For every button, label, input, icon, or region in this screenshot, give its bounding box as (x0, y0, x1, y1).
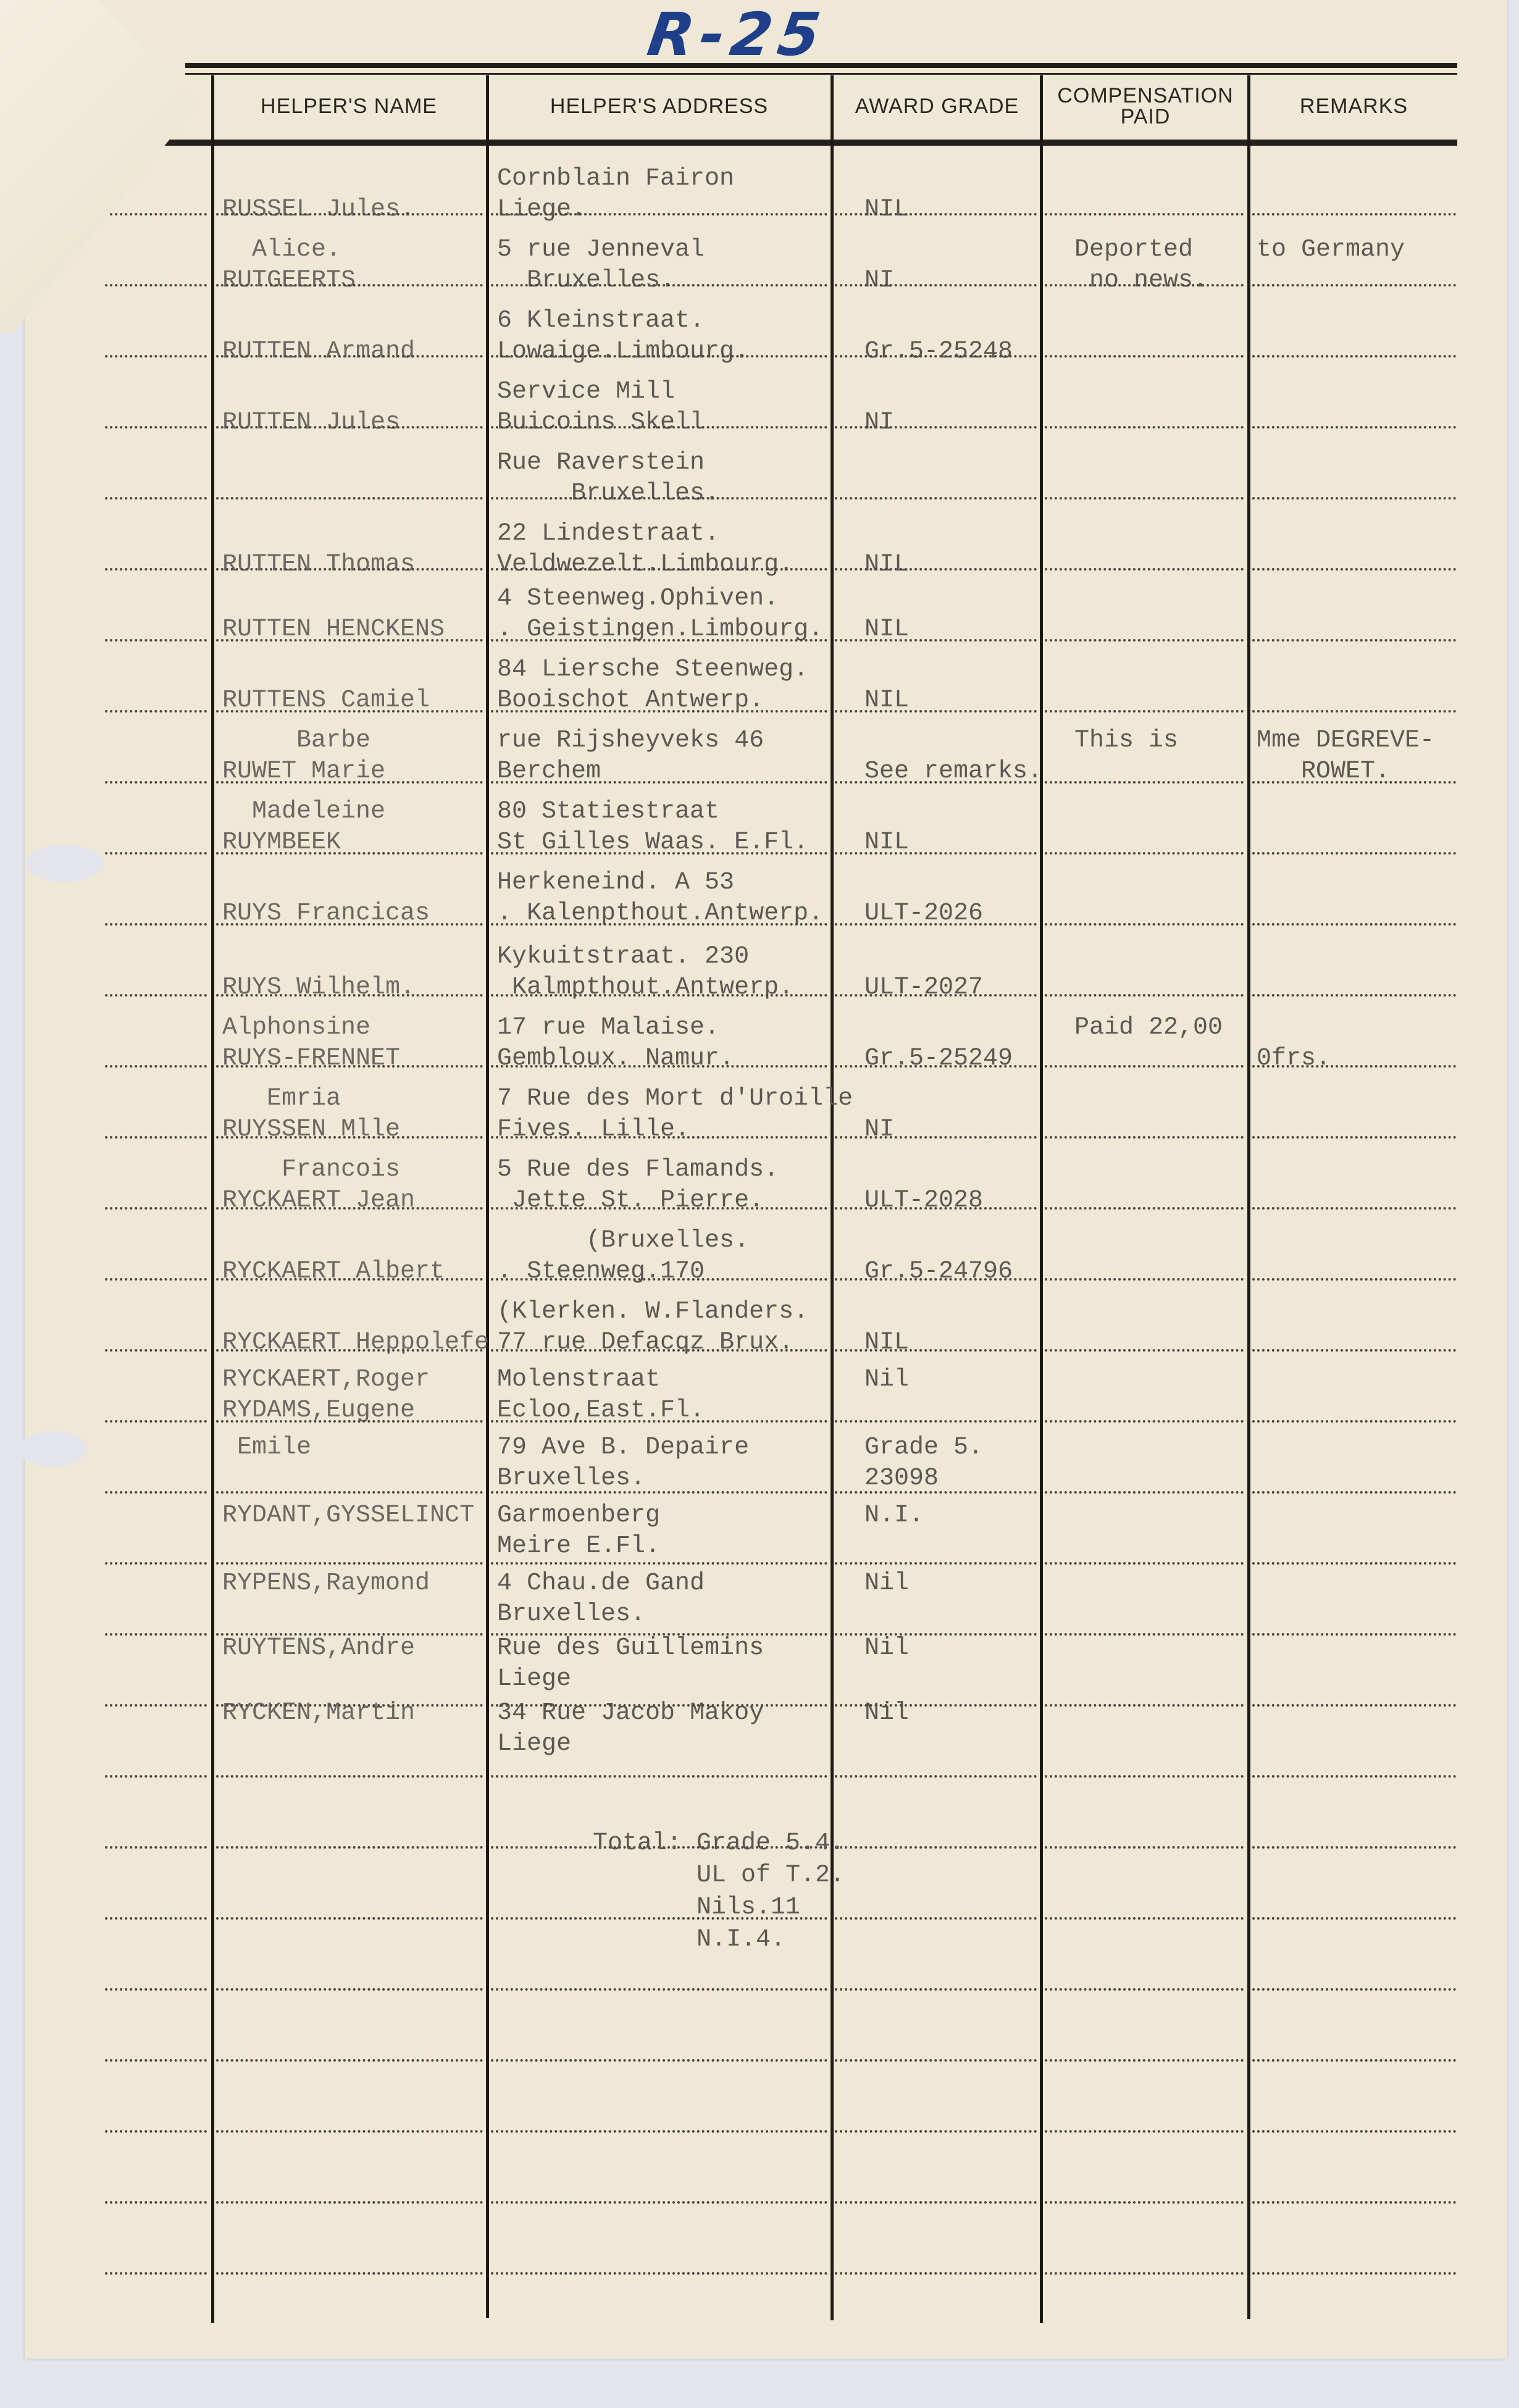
row-rule-dotted (1045, 1207, 1244, 1210)
award-grade-line-2: NI (864, 265, 894, 296)
header-rule-thick (185, 63, 1457, 68)
row-rule-dotted (1252, 497, 1456, 500)
row-rule-dotted (1252, 994, 1456, 997)
row-rule-dotted (491, 355, 827, 357)
row-rule-dotted (1045, 1775, 1244, 1778)
row-rule-dotted (105, 1562, 207, 1565)
row-rule-dotted (491, 2130, 827, 2133)
helper-address-line-1: 17 rue Malaise. (497, 1013, 719, 1043)
helper-address-line-2: Bruxelles. (497, 1599, 645, 1630)
row-rule-dotted (1252, 2201, 1456, 2204)
row-rule-dotted (491, 2272, 827, 2275)
row-rule-dotted (105, 1136, 207, 1139)
row-rule-dotted (216, 994, 483, 997)
row-rule-dotted (1045, 1562, 1244, 1565)
row-rule-dotted (216, 1704, 483, 1707)
row-rule-dotted (105, 2201, 207, 2204)
award-grade-line-1: Nil (864, 1698, 909, 1729)
row-rule-dotted (1252, 213, 1456, 215)
row-rule-dotted (835, 994, 1037, 997)
row-rule-dotted (105, 1491, 207, 1494)
row-rule-dotted (491, 2201, 827, 2204)
helper-address-line-1: Service Mill (497, 377, 675, 408)
row-rule-dotted (1252, 1704, 1456, 1707)
row-rule-dotted (491, 426, 827, 429)
punch-hole-bottom (19, 1431, 86, 1467)
remarks-line-1: Mme DEGREVE- (1257, 725, 1434, 756)
row-rule-dotted (1252, 1491, 1456, 1494)
row-rule-dotted (835, 1775, 1037, 1778)
award-grade-line-1: Nil (864, 1568, 909, 1599)
punch-hole-top (26, 845, 103, 882)
helper-name-line-1: RYCKAERT,Roger (222, 1365, 430, 1395)
row-rule-dotted (1045, 2130, 1244, 2133)
helper-address-line-1: Kykuitstraat. 230 (497, 942, 749, 972)
award-grade-line-2: Gr.5-25249 (864, 1043, 1013, 1074)
row-rule-dotted (491, 1065, 827, 1068)
helper-address-line-2: Kalmpthout.Antwerp. (497, 972, 793, 1003)
award-grade-line-2: NI (864, 1114, 894, 1145)
helper-address-line-1: 4 Steenweg.Ophiven. (497, 583, 779, 614)
row-rule-dotted (835, 2272, 1037, 2275)
row-rule-dotted (491, 1562, 827, 1565)
row-rule-dotted (1045, 355, 1244, 357)
col-header-remarks: REMARKS (1250, 74, 1457, 138)
row-rule-dotted (105, 1917, 207, 1920)
helper-address-line-1: Rue Raverstein (497, 448, 705, 479)
col-header-compensation-paid: COMPENSATION PAID (1044, 74, 1247, 138)
row-rule-dotted (1252, 923, 1456, 926)
helper-address-line-1: 4 Chau.de Gand (497, 1568, 705, 1599)
helper-name-line-2: RYCKAERT Jean (222, 1185, 415, 1216)
remarks-line-1: to Germany (1257, 235, 1405, 265)
helper-address-line-1: 80 Statiestraat (497, 796, 719, 827)
row-rule-dotted (1045, 710, 1244, 713)
column-divider (831, 75, 834, 2320)
row-rule-dotted (835, 1065, 1037, 1068)
helper-name-line-2: RUSSEL Jules. (222, 194, 415, 225)
column-divider (486, 75, 489, 2318)
row-rule-dotted (1045, 1846, 1244, 1849)
row-rule-dotted (105, 710, 207, 713)
totals-ult: UL of T.2. (593, 1860, 845, 1892)
row-rule-dotted (216, 355, 483, 357)
award-grade-line-1: Nil (864, 1633, 909, 1664)
helper-address-line-1: Cornblain Fairon (497, 164, 734, 194)
row-rule-dotted (216, 923, 483, 926)
row-rule-dotted (1252, 426, 1456, 429)
helper-address-line-1: Herkeneind. A 53 (497, 867, 734, 898)
compensation-paid: This is (1074, 725, 1178, 756)
row-rule-dotted (835, 1420, 1037, 1423)
row-rule-dotted (835, 1136, 1037, 1139)
helper-name-line-1: Alice. (222, 235, 341, 265)
helper-address-line-2: 77 rue Defacqz Brux. (497, 1327, 793, 1358)
row-rule-dotted (216, 1349, 483, 1352)
row-rule-dotted (1045, 923, 1244, 926)
row-rule-dotted (1252, 1846, 1456, 1849)
helper-address-line-1: rue Rijsheyveks 46 (497, 725, 764, 756)
row-rule-dotted (835, 781, 1037, 784)
row-rule-dotted (491, 852, 827, 855)
row-rule-dotted (216, 1207, 483, 1210)
row-rule-dotted (216, 1775, 483, 1778)
row-rule-dotted (1252, 1349, 1456, 1352)
helper-name-line-2: RYCKAERT Heppolefe (222, 1327, 489, 1358)
row-rule-dotted (216, 1988, 483, 1991)
helper-address-line-2: Bruxelles. (497, 479, 719, 509)
row-rule-dotted (105, 639, 207, 642)
row-rule-dotted (105, 497, 207, 500)
row-rule-dotted (216, 2201, 483, 2204)
row-rule-dotted (105, 1207, 207, 1210)
row-rule-dotted (216, 1846, 483, 1849)
row-rule-dotted (1252, 568, 1456, 571)
row-rule-dotted (1045, 1136, 1244, 1139)
column-divider (1040, 75, 1043, 2323)
row-rule-dotted (1252, 1562, 1456, 1565)
row-rule-dotted (1045, 639, 1244, 642)
row-rule-dotted (491, 781, 827, 784)
row-rule-dotted (105, 781, 207, 784)
helper-name-line-1: Emile (222, 1432, 311, 1463)
row-rule-dotted (105, 284, 207, 286)
row-rule-dotted (105, 1846, 207, 1849)
row-rule-dotted (491, 1420, 827, 1423)
helper-address-line-1: (Klerken. W.Flanders. (497, 1297, 808, 1327)
row-rule-dotted (835, 1349, 1037, 1352)
award-grade-line-2: NI (864, 408, 894, 438)
helper-name-line-1: Madeleine (222, 796, 385, 827)
row-rule-dotted (216, 1420, 483, 1423)
award-grade-line-1: Nil (864, 1365, 909, 1395)
row-rule-dotted (1252, 355, 1456, 357)
helper-address-line-1: 6 Kleinstraat. (497, 306, 705, 337)
row-rule-dotted (491, 1207, 827, 1210)
col-header-helper-name: HELPER'S NAME (213, 74, 485, 138)
helper-address-line-2: Liege (497, 1729, 571, 1760)
row-rule-dotted (491, 568, 827, 571)
helper-address-line-1: 5 Rue des Flamands. (497, 1155, 779, 1185)
row-rule-dotted (835, 2201, 1037, 2204)
row-rule-dotted (491, 284, 827, 286)
row-rule-dotted (216, 781, 483, 784)
row-rule-dotted (1045, 994, 1244, 997)
helper-name-line-1: Alphonsine (222, 1013, 370, 1043)
row-rule-dotted (105, 1349, 207, 1352)
row-rule-dotted (835, 1846, 1037, 1849)
helper-name-line-2: RYCKAERT Albert (222, 1256, 445, 1287)
helper-name-line-1: Barbe (222, 725, 370, 756)
helper-address-line-1: Rue des Guillemins (497, 1633, 764, 1664)
row-rule-dotted (1045, 1988, 1244, 1991)
totals-ni: N.I.4. (593, 1924, 785, 1956)
row-rule-dotted (1045, 1349, 1244, 1352)
totals-nils: Nils.11 (593, 1892, 800, 1924)
row-rule-dotted (216, 1136, 483, 1139)
row-rule-dotted (1045, 213, 1244, 215)
row-rule-dotted (491, 1278, 827, 1281)
row-rule-dotted (1252, 1207, 1456, 1210)
row-rule-dotted (216, 1562, 483, 1565)
row-rule-dotted (1252, 1775, 1456, 1778)
row-rule-dotted (1045, 1065, 1244, 1068)
row-rule-dotted (105, 1420, 207, 1423)
award-grade-line-2: ULT-2028 (864, 1185, 983, 1216)
row-rule-dotted (491, 1988, 827, 1991)
row-rule-dotted (1252, 1278, 1456, 1281)
row-rule-dotted (1045, 1917, 1244, 1920)
helper-address-line-1: Molenstraat (497, 1365, 660, 1395)
row-rule-dotted (1045, 1278, 1244, 1281)
row-rule-dotted (491, 1349, 827, 1352)
helper-address-line-2: Meire E.Fl. (497, 1531, 660, 1562)
row-rule-dotted (216, 852, 483, 855)
row-rule-dotted (216, 284, 483, 286)
row-rule-dotted (1252, 1917, 1456, 1920)
row-rule-dotted (1045, 284, 1244, 286)
row-rule-dotted (835, 568, 1037, 571)
award-grade-line-2: ULT-2027 (864, 972, 983, 1003)
row-rule-dotted (835, 2130, 1037, 2133)
row-rule-dotted (105, 2272, 207, 2275)
row-rule-dotted (1252, 2272, 1456, 2275)
helper-name-line-2: RUTTEN Thomas (222, 550, 415, 580)
helper-address-line-2: Liege (497, 1664, 571, 1695)
row-rule-dotted (216, 2059, 483, 2062)
row-rule-dotted (1045, 568, 1244, 571)
helper-address-line-1: 22 Lindestraat. (497, 519, 719, 550)
helper-address-line-2: Lowaige.Limbourg. (497, 337, 749, 367)
helper-address-line-2: Jette St. Pierre. (497, 1185, 764, 1216)
helper-address-line-1: (Bruxelles. (497, 1226, 749, 1256)
helper-address-line-2: Liege. (497, 194, 586, 225)
award-grade-line-2: Gr.5-25248 (864, 337, 1013, 367)
row-rule-dotted (835, 1633, 1037, 1636)
row-rule-dotted (1252, 1988, 1456, 1991)
row-rule-dotted (835, 497, 1037, 500)
row-rule-dotted (105, 213, 207, 215)
row-rule-dotted (1252, 1136, 1456, 1139)
row-rule-dotted (1045, 781, 1244, 784)
column-divider (211, 75, 214, 2323)
col-header-award-grade: AWARD GRADE (834, 74, 1040, 138)
row-rule-dotted (835, 426, 1037, 429)
award-grade-line-2: NIL (864, 1327, 909, 1358)
row-rule-dotted (105, 1775, 207, 1778)
helper-name-line-1: RYCKEN,Martin (222, 1698, 415, 1729)
row-rule-dotted (491, 1491, 827, 1494)
row-rule-dotted (835, 710, 1037, 713)
helper-address-line-2: Fives. Lille. (497, 1114, 690, 1145)
row-rule-dotted (216, 1065, 483, 1068)
row-rule-dotted (105, 355, 207, 357)
helper-name-line-2: RUYS Wilhelm. (222, 972, 415, 1003)
row-rule-dotted (835, 639, 1037, 642)
helper-name-line-1: RUYTENS,Andre (222, 1633, 415, 1664)
row-rule-dotted (216, 1278, 483, 1281)
row-rule-dotted (491, 1704, 827, 1707)
helper-name-line-2: RUTTEN Armand (222, 337, 415, 367)
row-rule-dotted (835, 1207, 1037, 1210)
row-rule-dotted (105, 2059, 207, 2062)
helper-name-line-2: RUTTEN Jules (222, 408, 400, 438)
helper-address-line-1: 7 Rue des Mort d'Uroille (497, 1084, 853, 1114)
row-rule-dotted (491, 497, 827, 500)
row-rule-dotted (216, 497, 483, 500)
helper-name-line-2: RUYS-FRENNET (222, 1043, 400, 1074)
row-rule-dotted (491, 639, 827, 642)
helper-address-line-1: 79 Ave B. Depaire (497, 1432, 749, 1463)
row-rule-dotted (1045, 1633, 1244, 1636)
handwritten-reference: R-25 (643, 0, 831, 69)
row-rule-dotted (491, 2059, 827, 2062)
award-grade-line-1: Grade 5. (864, 1432, 983, 1463)
row-rule-dotted (1252, 852, 1456, 855)
row-rule-dotted (1045, 2201, 1244, 2204)
row-rule-dotted (491, 994, 827, 997)
row-rule-dotted (216, 426, 483, 429)
compensation-paid: Paid 22,00 (1074, 1013, 1223, 1043)
row-rule-dotted (1045, 2059, 1244, 2062)
award-grade-line-2: NIL (864, 550, 909, 580)
column-divider (1247, 75, 1250, 2319)
row-rule-dotted (835, 355, 1037, 357)
helper-address-line-2: Gembloux. Namur. (497, 1043, 734, 1074)
helper-address-line-1: 5 rue Jenneval (497, 235, 705, 265)
row-rule-dotted (1045, 497, 1244, 500)
row-rule-dotted (105, 568, 207, 571)
row-rule-dotted (835, 1278, 1037, 1281)
award-grade-line-2: Gr.5-24796 (864, 1256, 1013, 1287)
row-rule-dotted (216, 2272, 483, 2275)
row-rule-dotted (835, 213, 1037, 215)
row-rule-dotted (105, 1704, 207, 1707)
helper-name-line-2: RUTGEERTS (222, 265, 356, 296)
row-rule-dotted (216, 568, 483, 571)
helper-name-line-1: RYPENS,Raymond (222, 1568, 430, 1599)
row-rule-dotted (491, 1775, 827, 1778)
row-rule-dotted (1045, 1491, 1244, 1494)
row-rule-dotted (491, 710, 827, 713)
helper-name-line-2: RUYSSEN Mlle (222, 1114, 400, 1145)
totals-grade: Total: Grade 5.4. (593, 1828, 845, 1860)
row-rule-dotted (835, 2059, 1037, 2062)
row-rule-dotted (1045, 2272, 1244, 2275)
helper-address-line-2: Buicoins Skell (497, 408, 705, 438)
row-rule-dotted (105, 852, 207, 855)
row-rule-dotted (216, 639, 483, 642)
helper-address-line-1: 34 Rue Jacob Makoy (497, 1698, 764, 1729)
row-rule-dotted (491, 923, 827, 926)
row-rule-dotted (105, 1278, 207, 1281)
row-rule-dotted (216, 710, 483, 713)
row-rule-dotted (835, 284, 1037, 286)
helper-address-line-2: Bruxelles. (497, 265, 675, 296)
row-rule-dotted (105, 2130, 207, 2133)
remarks-line-2: 0frs. (1257, 1043, 1331, 1074)
row-rule-dotted (105, 426, 207, 429)
row-rule-dotted (216, 1917, 483, 1920)
row-rule-dotted (491, 1136, 827, 1139)
header-rule-bottom (130, 140, 1457, 146)
row-rule-dotted (1252, 639, 1456, 642)
compensation-paid: Deported no news. (1074, 235, 1208, 296)
helper-address-line-1: 84 Liersche Steenweg. (497, 654, 808, 685)
row-rule-dotted (1252, 710, 1456, 713)
row-rule-dotted (216, 2130, 483, 2133)
row-rule-dotted (216, 1491, 483, 1494)
row-rule-dotted (1252, 1065, 1456, 1068)
award-grade-line-1: N.I. (864, 1500, 924, 1531)
row-rule-dotted (1045, 426, 1244, 429)
col-header-helper-address: HELPER'S ADDRESS (488, 74, 831, 138)
helper-address-line-1: Garmoenberg (497, 1500, 660, 1531)
helper-name-line-1: RYDANT,GYSSELINCT (222, 1500, 474, 1531)
row-rule-dotted (1252, 284, 1456, 286)
row-rule-dotted (105, 1633, 207, 1636)
row-rule-dotted (835, 1988, 1037, 1991)
row-rule-dotted (105, 1065, 207, 1068)
row-rule-dotted (835, 923, 1037, 926)
row-rule-dotted (491, 1633, 827, 1636)
row-rule-dotted (216, 1633, 483, 1636)
helper-address-line-2: . Steenweg.170 (497, 1256, 705, 1287)
helper-name-line-1: Francois (222, 1155, 400, 1185)
row-rule-dotted (1252, 2130, 1456, 2133)
row-rule-dotted (1252, 1633, 1456, 1636)
award-grade-line-2: NIL (864, 194, 909, 225)
row-rule-dotted (491, 213, 827, 215)
row-rule-dotted (835, 1562, 1037, 1565)
row-rule-dotted (1045, 852, 1244, 855)
row-rule-dotted (216, 213, 483, 215)
row-rule-dotted (105, 923, 207, 926)
helper-name-line-1: Emria (222, 1084, 341, 1114)
helper-address-line-2: Bruxelles. (497, 1463, 645, 1494)
row-rule-dotted (835, 852, 1037, 855)
row-rule-dotted (1252, 781, 1456, 784)
row-rule-dotted (1252, 2059, 1456, 2062)
row-rule-dotted (835, 1704, 1037, 1707)
row-rule-dotted (105, 1988, 207, 1991)
row-rule-dotted (1045, 1420, 1244, 1423)
row-rule-dotted (1045, 1704, 1244, 1707)
row-rule-dotted (1252, 1420, 1456, 1423)
helper-address-line-2: Veldwezelt.Limbourg. (497, 550, 793, 580)
row-rule-dotted (105, 994, 207, 997)
row-rule-dotted (835, 1917, 1037, 1920)
row-rule-dotted (835, 1491, 1037, 1494)
award-grade-line-2: 23098 (864, 1463, 939, 1494)
